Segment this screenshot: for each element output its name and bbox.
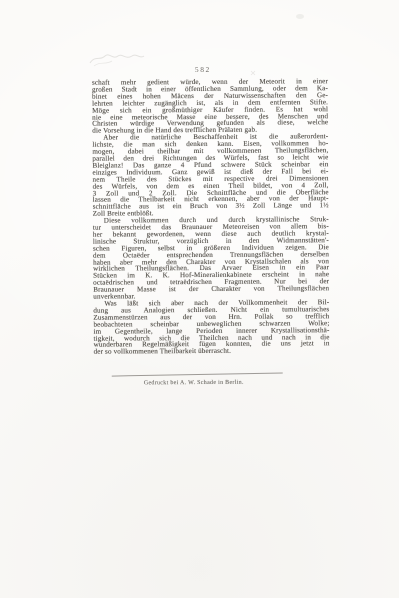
- text-line: der so vollkommenen Theilbarkeit überras…: [94, 348, 330, 356]
- paragraph: schaft mehr gedient würde, wenn der Mete…: [92, 78, 328, 135]
- printer-imprint: Gedruckt bei A. W. Schade in Berlin.: [88, 379, 300, 386]
- paragraph: Diese vollkommen durch und durch krystal…: [93, 216, 330, 300]
- page-content: 582 schaft mehr gedient würde, wenn der …: [0, 0, 399, 598]
- scanned-page: 582 schaft mehr gedient würde, wenn der …: [0, 0, 399, 598]
- printer-rule: [112, 372, 283, 376]
- paragraph: Was läßt sich aber nach der Vollkommenhe…: [93, 299, 329, 356]
- text-block: schaft mehr gedient würde, wenn der Mete…: [92, 78, 330, 356]
- paragraph: Aber die natürliche Beschaffenheit ist d…: [92, 133, 329, 217]
- page-number: 582: [94, 64, 312, 74]
